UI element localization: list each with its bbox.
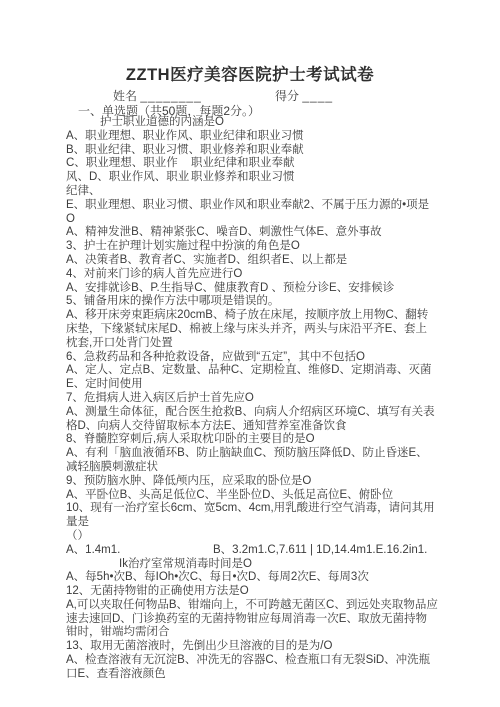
exam-line-3-left: C、职业理想、职业作 — [66, 157, 191, 171]
exam-line-11: A、安排就诊B、P.生指导C、健康教育D 、预检分诊E、安排候诊 — [66, 282, 438, 296]
exam-line-16: 7、危揖病人进入病区后护士首先应O — [66, 392, 438, 406]
exam-line-24-right: B、3.2m1.C,7.611 | 1D,14.4m1.E.16.2in1. — [213, 544, 438, 558]
exam-line-28: A,可以夹取任何物品B、钳端向上，不可跨越无菌区C、到远处夹取物品应速去速回D、… — [66, 599, 438, 640]
exam-line-26: A、每5h•次B、每IOh•次C、每日•次D、每周2次E、每周3次 — [66, 571, 438, 585]
page-title: ZZTH医疗美容医院护士考试试卷 — [0, 61, 500, 85]
exam-line-2: B、职业纪律、职业习惯、职业修养和职业奉献 — [66, 144, 438, 158]
exam-line-30: A、检查溶液有无沉淀B、冲洗无的容器C、检查瓶口有无裂SiD、冲洗瓶口E、查看溶… — [66, 654, 438, 682]
exam-line-18: 8、脊髓腔穿刺后,病人采取枕卬卧的主要目的是O — [66, 433, 438, 447]
exam-line-4-right: 职业修养和职业习惯 — [191, 171, 438, 185]
exam-line-21: A、平卧位B、头高足低位C、半坐卧位D、头低足高位E、俯卧位 — [66, 489, 438, 503]
exam-body: 护士职业道德的内涵是OA、职业理想、职业作风、职业纪律和职业习惯B、职业纪律、职… — [66, 116, 438, 682]
exam-line-8: 3、护士在护理计划实施过程中扮演的角色是O — [66, 240, 438, 254]
exam-line-4-left: 风、D、职业作风、职业 — [66, 171, 191, 185]
exam-line-1: A、职业理想、职业作风、职业纪律和职业习惯 — [66, 130, 438, 144]
exam-line-4: 风、D、职业作风、职业职业修养和职业习惯 — [66, 171, 438, 185]
exam-line-20: 9、预防脑水肿、降低颅内压，应采取的卧位是O — [66, 475, 438, 489]
exam-line-24: A、1.4m1.B、3.2m1.C,7.611 | 1D,14.4m1.E.16… — [66, 544, 438, 558]
exam-line-14: 6、急救药品和各种抢救设备，应做到“五定”，其中不包括O — [66, 351, 438, 365]
exam-line-9: A、决策者B、教育者C、实施者D、组织者E、以上都是 — [66, 254, 438, 268]
exam-line-15: A、定人、定点B、定数量、品种C、定期检直、维修D、定期消毒、灭菌E、定时间使用 — [66, 364, 438, 392]
name-label: 姓名 — [113, 89, 137, 103]
exam-line-5: 纪律、 — [66, 185, 438, 199]
exam-line-29: 13、取用无菌溶液时，先倒出少旦溶液的目的是为/O — [66, 640, 438, 654]
exam-line-12: 5、铺备用床的操作方法中哪项是错误的。 — [66, 295, 438, 309]
exam-paper-page: ZZTH医疗美容医院护士考试试卷 姓名 ________ 得分 ____ 一、单… — [0, 0, 500, 707]
exam-line-0: 护士职业道德的内涵是O — [66, 116, 438, 130]
score-field: 得分 ____ — [275, 87, 333, 104]
name-blank-line: ________ — [140, 89, 201, 103]
exam-line-19: A、有利「脑血液循环B、防止脑缺血C、预防脑压降低D、防止昏迷E、减轻脑膜刺激症… — [66, 447, 438, 475]
exam-line-7: A、精神发泄B、精神紧张C、噪音D、刺激性气体E、意外事故 — [66, 226, 438, 240]
exam-line-17: A、测量生命体征，配合医生抢救B、向病人介绍病区环境C、填写有关表格D、向病人交… — [66, 406, 438, 434]
score-label: 得分 — [275, 89, 299, 103]
exam-line-10: 4、对前来门诊的病人首先应进行O — [66, 268, 438, 282]
name-score-row: 姓名 ________ 得分 ____ — [66, 87, 438, 103]
exam-line-3: C、职业理想、职业作职业纪律和职业奉献 — [66, 157, 438, 171]
exam-line-24-left: A、1.4m1. — [66, 544, 213, 558]
exam-line-25: Ik治疗室常规消毒时间是O — [66, 558, 438, 572]
exam-line-22: 10、现有一治疗室长6cm、宽5cm、4cm,用乳酸进行空气消毒，请问其用量是 — [66, 502, 438, 530]
score-blank-line: ____ — [302, 89, 333, 103]
exam-line-3-right: 职业纪律和职业奉献 — [191, 157, 438, 171]
exam-line-6: E、职业理想、职业习惯、职业作风和职业奉献2、不属于压力源的•项是O — [66, 199, 438, 227]
exam-line-13: A、移开床旁束距病床20cmB、椅子放在床尾，按顺序放上用物C、翻转床垫，下缘紧… — [66, 309, 438, 350]
exam-line-27: 12、无菌持物钳的正确使用方法是O — [66, 585, 438, 599]
exam-line-23: （） — [66, 530, 438, 544]
